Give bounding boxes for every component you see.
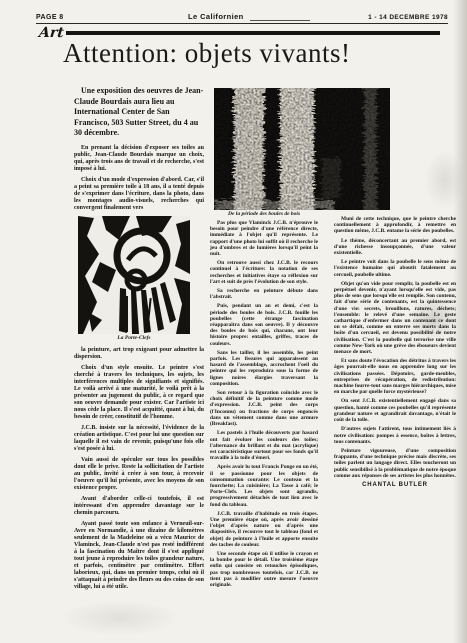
paragraph: En prenant la décision d'exposer ses toi… [74,145,204,173]
paragraph: J.C.B. travaille d'habitude en trois éta… [210,511,318,548]
caption-porte-clefs: La Porte-Clefs [78,335,190,342]
article-headline: Attention: objets vivants! [63,38,443,69]
paragraph: J.C.B. insiste sur la nécessité, l'évide… [74,425,204,453]
paragraph: Puis, pendant un an et demi, c'est la pé… [210,303,318,346]
paragraph: la peinture, art trop exigeant pour adme… [74,347,204,361]
issue-date: 1 - 14 DECEMBRE 1978 [368,14,448,21]
paragraph: Vain aussi de spéculer sur tous les poss… [74,457,204,492]
section-label-art: Art [38,25,64,41]
paragraph: Les pastels à l'huile découverts par has… [210,430,318,461]
paragraph: On retrouve aussi chez J.C.B. le recours… [210,260,318,285]
paragraph: Choix d'un style ensuite. Le peintre s'e… [74,365,204,421]
artwork-la-porte-clefs: La Porte-Clefs [78,216,190,342]
section-divider-bar [66,31,440,35]
scan-smudge [60,600,180,636]
paragraph: Ayant passé toute son enfance à Verneuil… [74,521,204,591]
column-1: Une exposition des oeuvres de Jean-Claud… [74,86,204,595]
caption-boules-de-bois: De la période des boules de bois [228,211,300,217]
author-signature: CHANTAL BUTLER [334,482,456,488]
column-3: Muni de cette technique, que le peintre … [334,216,456,491]
paragraph: Pas plus que Vlaminck J.C.B. n'éprouve l… [210,220,318,257]
paragraph: Sa recherche en peinture débute dans l'a… [210,288,318,300]
paragraph: D'autres sujets l'attirent, tous intimem… [334,426,456,445]
paragraph: Le thème, déconcertant au premier abord,… [334,238,456,257]
paragraph: Son retour à la figuration coïncide avec… [210,390,318,427]
intro-paragraph: Une exposition des oeuvres de Jean-Claud… [74,86,204,139]
paragraph: Choix d'un mode d'expression d'abord. Ca… [74,177,204,212]
paragraph: Sans les tailler, il les assemble, les p… [210,350,318,387]
artwork-photo-boules-de-bois [214,88,390,210]
boules-de-bois-image [214,88,390,210]
header-rule [36,23,448,24]
masthead-title: Le Californien [188,12,244,21]
paragraph: Objet qu'on vide pour remplir, la poubel… [334,281,456,355]
paragraph: Muni de cette technique, que le peintre … [334,216,456,235]
paragraph: Le peintre voit dans la poubelle le sens… [334,259,456,278]
masthead-underline [250,20,310,21]
paragraph: Peinture vigoureuse, d'une composition f… [334,448,456,479]
masthead-row: PAGE 8 Le Californien 1 - 14 DECEMBRE 19… [36,12,448,21]
newspaper-page-scan: PAGE 8 Le Californien 1 - 14 DECEMBRE 19… [0,0,467,643]
paragraph: Avant d'aborder celle-ci toutefois, il e… [74,496,204,517]
paragraph: Après avoir lu tout Francis Ponge en un … [210,464,318,507]
paragraph: On sent J.C.B. existentiellement engagé … [334,398,456,423]
column-2: Pas plus que Vlaminck J.C.B. n'éprouve l… [210,220,318,591]
paragraph: Une seconde étape où il utilise le crayo… [210,551,318,588]
paragraph: Et sans doute l'évocation des détritus à… [334,358,456,395]
porte-clefs-image [78,216,190,334]
page-number-label: PAGE 8 [36,14,64,21]
